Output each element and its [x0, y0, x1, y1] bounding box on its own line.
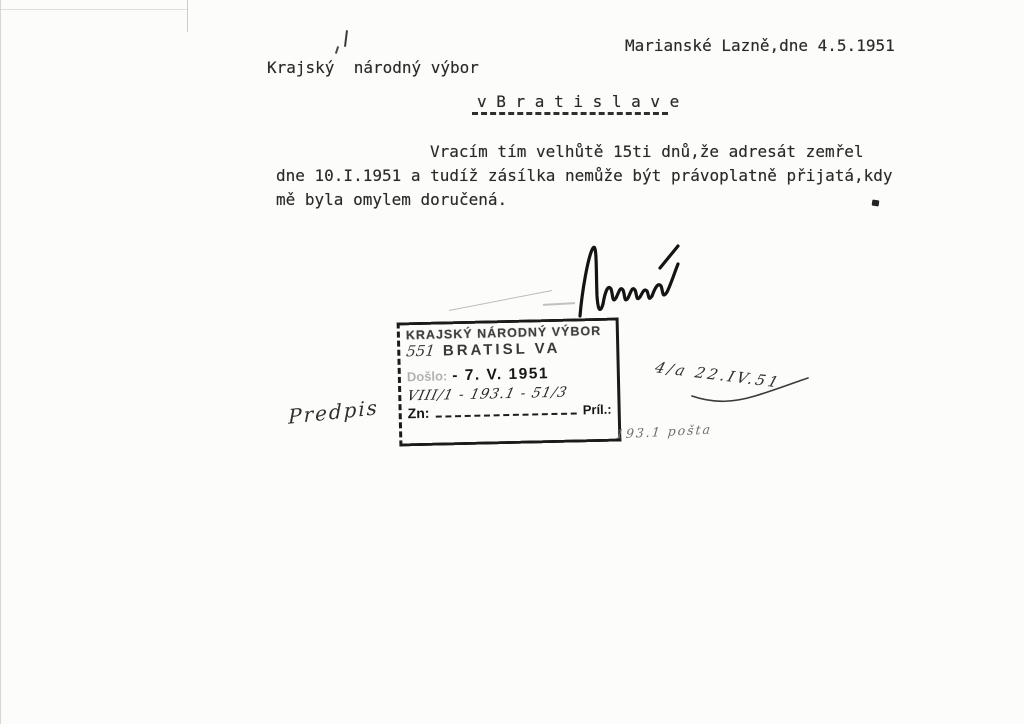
handwritten-flourish: [690, 374, 810, 404]
scanned-letter-page: Marianské Lazně,dne 4.5.1951 Krajský nár…: [0, 0, 1024, 724]
pen-tick-mark: [335, 46, 339, 54]
dateline: Marianské Lazně,dne 4.5.1951: [625, 36, 895, 55]
body-line: dne 10.I.1951 a tudíž zásílka nemůže být…: [276, 166, 893, 185]
dashed-underline: [472, 112, 668, 115]
scan-line-artifact: [0, 9, 188, 10]
rubber-stamp: KRAJSKÝ NÁRODNÝ VÝBOR 551 BRATISL VA Doš…: [397, 317, 622, 446]
handwritten-signature: [528, 234, 688, 324]
stamp-city: BRATISL VA: [443, 340, 561, 360]
sender-name: Krajský národný výbor: [267, 58, 479, 77]
addressee-city: v B r a t i s l a v e: [477, 92, 679, 111]
ink-speck: [872, 200, 880, 207]
stamp-pril-label: Príl.:: [583, 402, 612, 418]
pen-tick-mark: [344, 30, 348, 47]
body-line: mě byla omylem doručená.: [276, 190, 507, 209]
stamp-zn-label: Zn:: [408, 405, 430, 421]
body-line: Vracím tím velhůtě 15ti dnů,že adresát z…: [430, 142, 863, 161]
handwritten-note-small: 193.1 pošta: [615, 421, 712, 441]
stamp-received-date: - 7. V. 1951: [452, 365, 549, 385]
stamp-number: 551: [405, 342, 436, 361]
handwritten-note-left: Predpis: [288, 395, 379, 429]
scan-line-artifact: [187, 0, 188, 32]
stamp-received-label: Došlo:: [407, 368, 448, 384]
scan-edge-artifact: [0, 0, 1, 724]
